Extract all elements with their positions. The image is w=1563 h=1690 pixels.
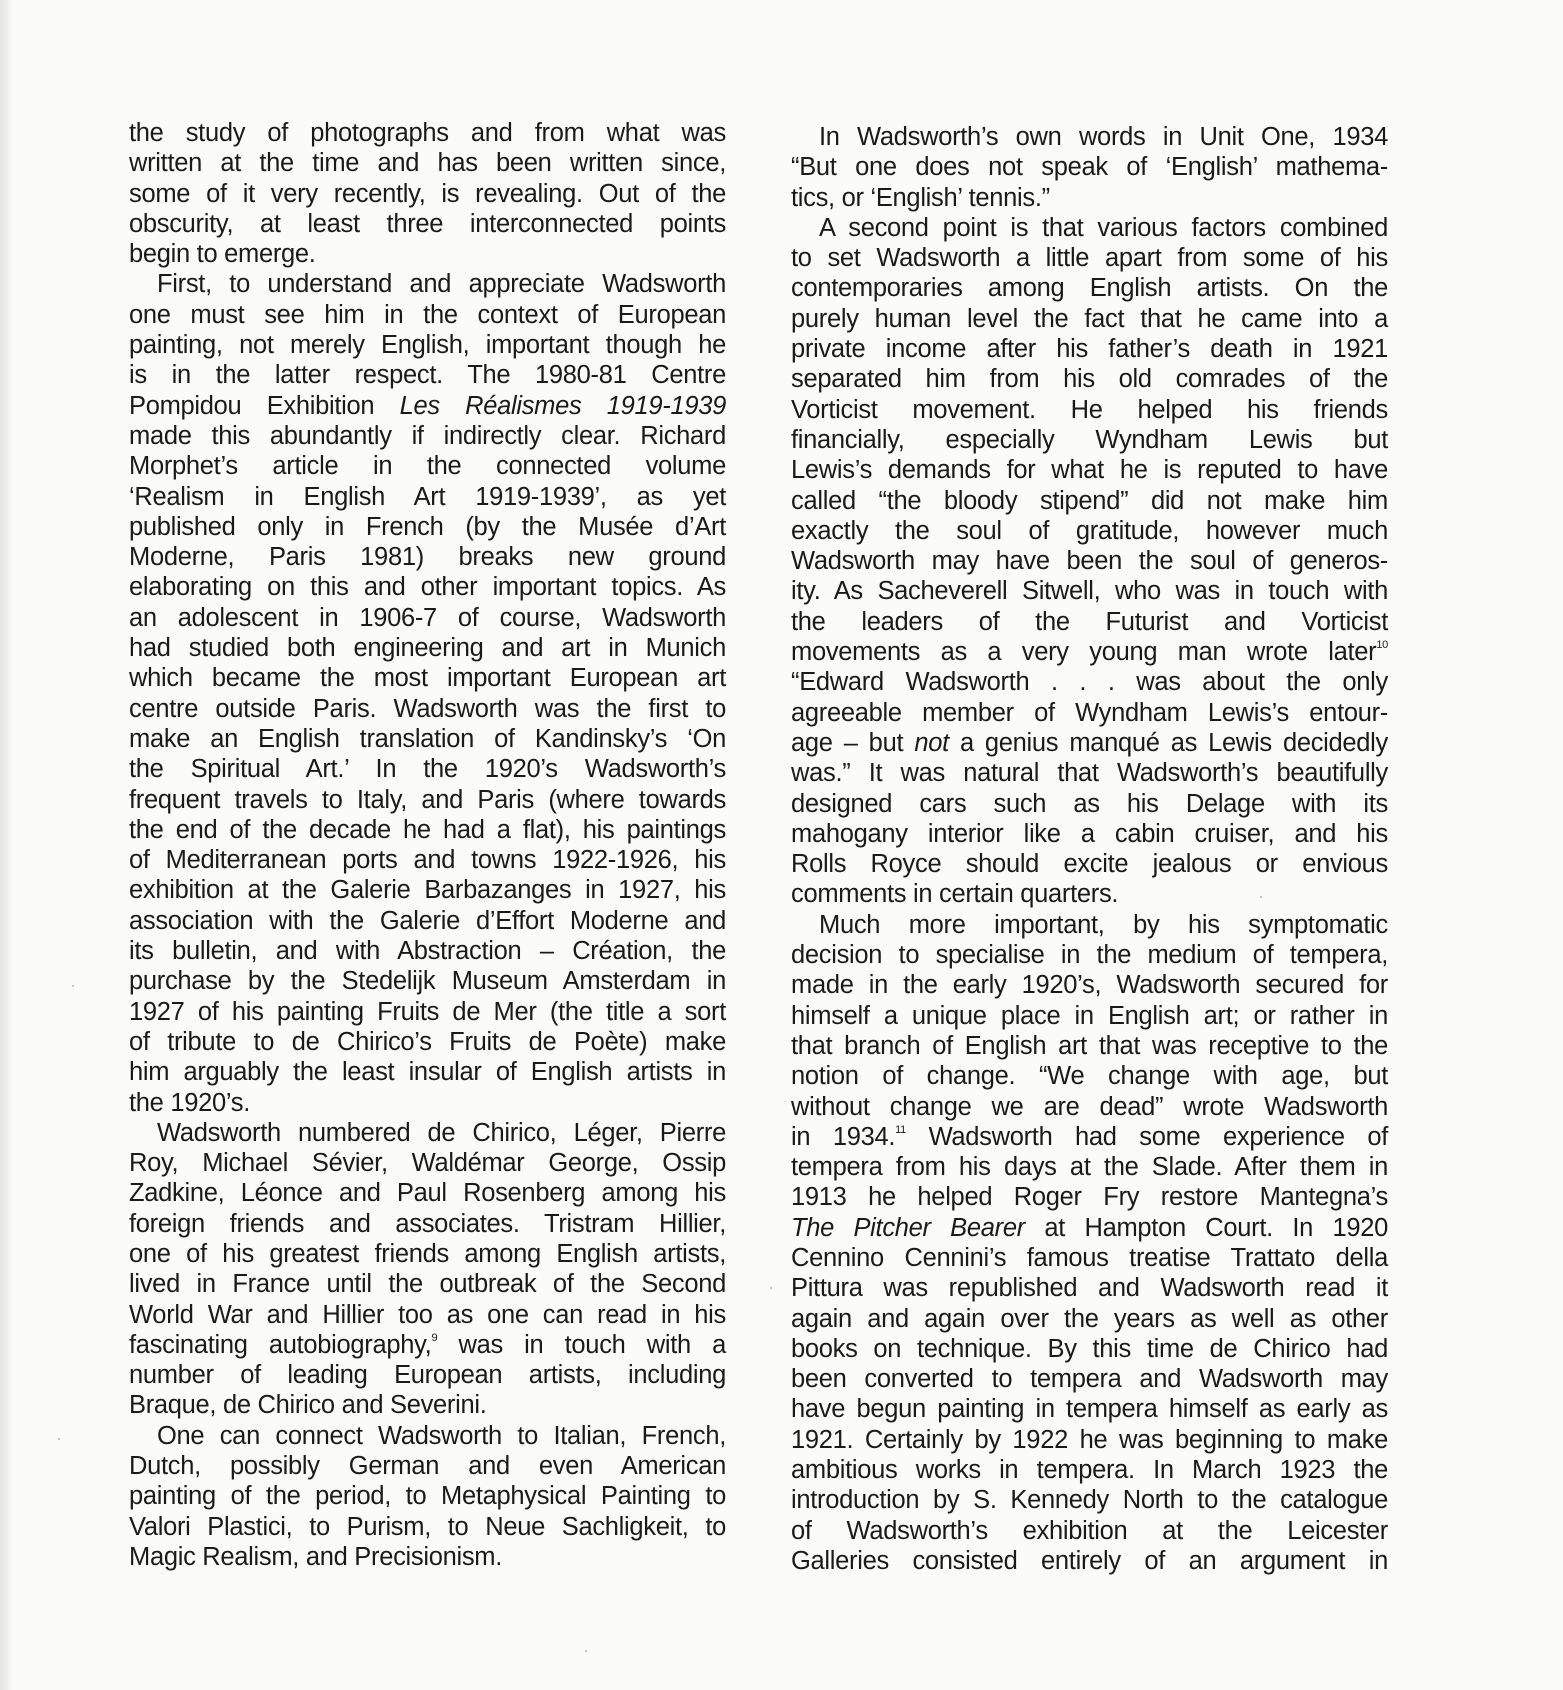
text-run: the Spiritual Art.’ In the 1920’s Wadswo… <box>129 755 726 783</box>
text-line: is in the latter respect. The 1980-81 Ce… <box>129 360 726 390</box>
text-line: Vorticist movement. He helped his friend… <box>791 395 1388 425</box>
text-line: association with the Galerie d’Effort Mo… <box>129 906 726 936</box>
footnote-ref: 10 <box>1376 639 1388 651</box>
text-run: the study of photographs and from what w… <box>129 119 726 147</box>
text-run: fascinating autobiography, <box>129 1331 431 1359</box>
text-line: lived in France until the outbreak of th… <box>129 1269 726 1299</box>
text-run: was in touch with a <box>437 1331 726 1359</box>
text-line: its bulletin, and with Abstraction – Cré… <box>129 936 726 966</box>
text-run: Roy, Michael Sévier, Waldémar George, Os… <box>129 1149 726 1177</box>
text-run: Dutch, possibly German and even American <box>129 1452 726 1480</box>
text-run: financially, especially Wyndham Lewis bu… <box>791 426 1388 454</box>
text-line: tics, or ‘English’ tennis.” <box>791 183 1388 213</box>
text-run: the end of the decade he had a flat), hi… <box>129 816 726 844</box>
text-run: books on technique. By this time de Chir… <box>791 1335 1388 1363</box>
paragraph: Much more important, by his symptomaticd… <box>791 910 1388 1577</box>
text-line: A second point is that various factors c… <box>791 213 1388 243</box>
text-run: decision to specialise in the medium of … <box>791 941 1388 969</box>
text-run: introduction by S. Kennedy North to the … <box>791 1486 1388 1514</box>
text-line: Wadsworth may have been the soul of gene… <box>791 546 1388 576</box>
text-line: The Pitcher Bearer at Hampton Court. In … <box>791 1213 1388 1243</box>
text-run: First, to understand and appreciate Wads… <box>157 270 726 298</box>
text-run: again and again over the years as well a… <box>791 1305 1388 1333</box>
italic-title: Les Réalismes 1919-1939 <box>400 392 726 420</box>
text-line: Moderne, Paris 1981) breaks new ground <box>129 542 726 572</box>
text-run: one must see him in the context of Europ… <box>129 301 726 329</box>
text-run: Zadkine, Léonce and Paul Rosenberg among… <box>129 1179 726 1207</box>
text-run: “Edward Wadsworth . . . was about the on… <box>791 668 1388 696</box>
text-line: been converted to tempera and Wadsworth … <box>791 1364 1388 1394</box>
text-line: purely human level the fact that he came… <box>791 304 1388 334</box>
scan-speck <box>58 1438 60 1440</box>
text-line: 1913 he helped Roger Fry restore Mantegn… <box>791 1182 1388 1212</box>
text-line: purchase by the Stedelijk Museum Amsterd… <box>129 966 726 996</box>
text-run: made this abundantly if indirectly clear… <box>129 422 726 450</box>
text-run: In Wadsworth’s own words in Unit One, 19… <box>819 123 1388 151</box>
text-line: separated him from his old comrades of t… <box>791 364 1388 394</box>
text-line: Lewis’s demands for what he is reputed t… <box>791 455 1388 485</box>
text-line: World War and Hillier too as one can rea… <box>129 1300 726 1330</box>
paragraph: the study of photographs and from what w… <box>129 118 726 269</box>
text-run: of Mediterranean ports and towns 1922-19… <box>129 846 726 874</box>
text-run: 1927 of his painting Fruits de Mer (the … <box>129 998 726 1026</box>
text-line: called “the bloody stipend” did not make… <box>791 486 1388 516</box>
text-line: private income after his father’s death … <box>791 334 1388 364</box>
text-run: lived in France until the outbreak of th… <box>129 1270 726 1298</box>
text-line: of tribute to de Chirico’s Fruits de Poè… <box>129 1027 726 1057</box>
text-run: tempera from his days at the Slade. Afte… <box>791 1153 1388 1181</box>
text-line: ity. As Sacheverell Sitwell, who was in … <box>791 576 1388 606</box>
text-line: Magic Realism, and Precisionism. <box>129 1542 726 1572</box>
text-line: introduction by S. Kennedy North to the … <box>791 1485 1388 1515</box>
text-line: exactly the soul of gratitude, however m… <box>791 516 1388 546</box>
text-run: its bulletin, and with Abstraction – Cré… <box>129 937 726 965</box>
text-line: frequent travels to Italy, and Paris (wh… <box>129 785 726 815</box>
text-run: Morphet’s article in the connected volum… <box>129 452 726 480</box>
text-run: that branch of English art that was rece… <box>791 1032 1388 1060</box>
scan-speck <box>585 1650 587 1652</box>
text-line: to set Wadsworth a little apart from som… <box>791 243 1388 273</box>
text-line: Dutch, possibly German and even American <box>129 1451 726 1481</box>
text-run: himself a unique place in English art; o… <box>791 1002 1388 1030</box>
text-run: World War and Hillier too as one can rea… <box>129 1301 726 1329</box>
text-line: Pompidou Exhibition Les Réalismes 1919-1… <box>129 391 726 421</box>
text-line: make an English translation of Kandinsky… <box>129 724 726 754</box>
text-run: Pompidou Exhibition <box>129 392 400 420</box>
text-line: written at the time and has been written… <box>129 148 726 178</box>
text-line: ambitious works in tempera. In March 192… <box>791 1455 1388 1485</box>
text-line: books on technique. By this time de Chir… <box>791 1334 1388 1364</box>
paragraph: First, to understand and appreciate Wads… <box>129 269 726 1117</box>
text-run: of tribute to de Chirico’s Fruits de Poè… <box>129 1028 726 1056</box>
text-run: movements as a very young man wrote late… <box>791 638 1376 666</box>
italic-title: The Pitcher Bearer <box>791 1214 1025 1242</box>
text-run: a genius manqué as Lewis decidedly <box>949 729 1388 757</box>
text-run: Wadsworth numbered de Chirico, Léger, Pi… <box>157 1119 726 1147</box>
scan-speck <box>1260 896 1262 898</box>
text-line: agreeable member of Wyndham Lewis’s ento… <box>791 698 1388 728</box>
text-run: centre outside Paris. Wadsworth was the … <box>129 695 726 723</box>
text-line: the end of the decade he had a flat), hi… <box>129 815 726 845</box>
text-run: number of leading European artists, incl… <box>129 1361 726 1389</box>
text-line: obscurity, at least three interconnected… <box>129 209 726 239</box>
text-run: called “the bloody stipend” did not make… <box>791 487 1388 515</box>
text-run: Much more important, by his symptomatic <box>819 911 1388 939</box>
italic-title: not <box>914 729 949 757</box>
text-run: without change we are dead” wrote Wadswo… <box>791 1093 1388 1121</box>
text-column-left: the study of photographs and from what w… <box>129 118 726 1572</box>
text-column-right: In Wadsworth’s own words in Unit One, 19… <box>791 122 1388 1576</box>
text-line: that branch of English art that was rece… <box>791 1031 1388 1061</box>
text-line: foreign friends and associates. Tristram… <box>129 1209 726 1239</box>
text-line: without change we are dead” wrote Wadswo… <box>791 1092 1388 1122</box>
text-line: made in the early 1920’s, Wadsworth secu… <box>791 970 1388 1000</box>
text-line: First, to understand and appreciate Wads… <box>129 269 726 299</box>
text-line: decision to specialise in the medium of … <box>791 940 1388 970</box>
text-line: notion of change. “We change with age, b… <box>791 1061 1388 1091</box>
text-run: designed cars such as his Delage with it… <box>791 790 1388 818</box>
text-line: the Spiritual Art.’ In the 1920’s Wadswo… <box>129 754 726 784</box>
scan-speck <box>770 1287 772 1289</box>
text-run: been converted to tempera and Wadsworth … <box>791 1365 1388 1393</box>
text-run: tics, or ‘English’ tennis.” <box>791 184 1050 212</box>
paragraph: In Wadsworth’s own words in Unit One, 19… <box>791 122 1388 213</box>
text-run: 1921. Certainly by 1922 he was beginning… <box>791 1426 1388 1454</box>
text-line: the 1920’s. <box>129 1088 726 1118</box>
text-line: Braque, de Chirico and Severini. <box>129 1390 726 1420</box>
text-run: which became the most important European… <box>129 664 726 692</box>
text-run: is in the latter respect. The 1980-81 Ce… <box>129 361 726 389</box>
text-run: Wadsworth had some experience of <box>906 1123 1388 1151</box>
text-run: one of his greatest friends among Englis… <box>129 1240 726 1268</box>
text-line: number of leading European artists, incl… <box>129 1360 726 1390</box>
text-run: in 1934. <box>791 1123 895 1151</box>
text-line: contemporaries among English artists. On… <box>791 273 1388 303</box>
text-line: Pittura was republished and Wadsworth re… <box>791 1273 1388 1303</box>
text-run: painting of the period, to Metaphysical … <box>129 1482 726 1510</box>
text-run: ‘Realism in English Art 1919-1939’, as y… <box>129 483 726 511</box>
text-line: himself a unique place in English art; o… <box>791 1001 1388 1031</box>
text-line: One can connect Wadsworth to Italian, Fr… <box>129 1421 726 1451</box>
text-line: painting, not merely English, important … <box>129 330 726 360</box>
text-run: Cennino Cennini’s famous treatise Tratta… <box>791 1244 1388 1272</box>
text-run: ity. As Sacheverell Sitwell, who was in … <box>791 577 1388 605</box>
text-run: Lewis’s demands for what he is reputed t… <box>791 456 1388 484</box>
text-run: had studied both engineering and art in … <box>129 634 726 662</box>
text-line: in 1934.11 Wadsworth had some experience… <box>791 1122 1388 1152</box>
text-line: movements as a very young man wrote late… <box>791 637 1388 667</box>
text-run: exactly the soul of gratitude, however m… <box>791 517 1388 545</box>
text-run: Wadsworth may have been the soul of gene… <box>791 547 1388 575</box>
text-run: frequent travels to Italy, and Paris (wh… <box>129 786 726 814</box>
text-run: begin to emerge. <box>129 240 316 268</box>
text-run: separated him from his old comrades of t… <box>791 365 1388 393</box>
text-run: have begun painting in tempera himself a… <box>791 1395 1388 1423</box>
text-run: an adolescent in 1906-7 of course, Wadsw… <box>129 604 726 632</box>
text-line: again and again over the years as well a… <box>791 1304 1388 1334</box>
text-run: obscurity, at least three interconnected… <box>129 210 726 238</box>
text-line: Roy, Michael Sévier, Waldémar George, Os… <box>129 1148 726 1178</box>
text-line: tempera from his days at the Slade. Afte… <box>791 1152 1388 1182</box>
text-run: to set Wadsworth a little apart from som… <box>791 244 1388 272</box>
text-run: Magic Realism, and Precisionism. <box>129 1543 502 1571</box>
text-line: of Mediterranean ports and towns 1922-19… <box>129 845 726 875</box>
text-line: published only in French (by the Musée d… <box>129 512 726 542</box>
text-line: was.” It was natural that Wadsworth’s be… <box>791 758 1388 788</box>
text-run: private income after his father’s death … <box>791 335 1388 363</box>
text-line: him arguably the least insular of Englis… <box>129 1057 726 1087</box>
text-run: Pittura was republished and Wadsworth re… <box>791 1274 1388 1302</box>
text-run: Rolls Royce should excite jealous or env… <box>791 850 1388 878</box>
text-run: Braque, de Chirico and Severini. <box>129 1391 487 1419</box>
text-line: centre outside Paris. Wadsworth was the … <box>129 694 726 724</box>
text-run: notion of change. “We change with age, b… <box>791 1062 1388 1090</box>
page-spine-shadow <box>0 0 14 1690</box>
text-line: painting of the period, to Metaphysical … <box>129 1481 726 1511</box>
text-run: exhibition at the Galerie Barbazanges in… <box>129 876 726 904</box>
text-line: begin to emerge. <box>129 239 726 269</box>
text-run: made in the early 1920’s, Wadsworth secu… <box>791 971 1388 999</box>
text-line: 1921. Certainly by 1922 he was beginning… <box>791 1425 1388 1455</box>
text-line: “But one does not speak of ‘English’ mat… <box>791 152 1388 182</box>
text-run: the 1920’s. <box>129 1089 250 1117</box>
text-line: Galleries consisted entirely of an argum… <box>791 1546 1388 1576</box>
text-run: Vorticist movement. He helped his friend… <box>791 396 1388 424</box>
text-run: was.” It was natural that Wadsworth’s be… <box>791 759 1388 787</box>
paragraph: A second point is that various factors c… <box>791 213 1388 910</box>
text-line: Valori Plastici, to Purism, to Neue Sach… <box>129 1512 726 1542</box>
text-run: make an English translation of Kandinsky… <box>129 725 726 753</box>
text-run: foreign friends and associates. Tristram… <box>129 1210 726 1238</box>
text-line: some of it very recently, is revealing. … <box>129 179 726 209</box>
text-line: In Wadsworth’s own words in Unit One, 19… <box>791 122 1388 152</box>
text-line: the study of photographs and from what w… <box>129 118 726 148</box>
text-line: comments in certain quarters. <box>791 879 1388 909</box>
text-run: of Wadsworth’s exhibition at the Leicest… <box>791 1517 1388 1545</box>
text-run: Moderne, Paris 1981) breaks new ground <box>129 543 726 571</box>
text-line: exhibition at the Galerie Barbazanges in… <box>129 875 726 905</box>
text-line: designed cars such as his Delage with it… <box>791 789 1388 819</box>
text-run: purely human level the fact that he came… <box>791 305 1388 333</box>
text-line: had studied both engineering and art in … <box>129 633 726 663</box>
text-line: elaborating on this and other important … <box>129 572 726 602</box>
text-line: have begun painting in tempera himself a… <box>791 1394 1388 1424</box>
text-line: Much more important, by his symptomatic <box>791 910 1388 940</box>
text-line: Wadsworth numbered de Chirico, Léger, Pi… <box>129 1118 726 1148</box>
text-run: contemporaries among English artists. On… <box>791 274 1388 302</box>
text-line: “Edward Wadsworth . . . was about the on… <box>791 667 1388 697</box>
text-run: Galleries consisted entirely of an argum… <box>791 1547 1388 1575</box>
text-line: the leaders of the Futurist and Vorticis… <box>791 607 1388 637</box>
text-line: Zadkine, Léonce and Paul Rosenberg among… <box>129 1178 726 1208</box>
text-run: A second point is that various factors c… <box>819 214 1388 242</box>
text-run: the leaders of the Futurist and Vorticis… <box>791 608 1388 636</box>
text-run: Valori Plastici, to Purism, to Neue Sach… <box>129 1513 726 1541</box>
footnote-ref: 11 <box>895 1124 906 1136</box>
text-run: association with the Galerie d’Effort Mo… <box>129 907 726 935</box>
text-run: him arguably the least insular of Englis… <box>129 1058 726 1086</box>
paragraph: Wadsworth numbered de Chirico, Léger, Pi… <box>129 1118 726 1421</box>
text-line: made this abundantly if indirectly clear… <box>129 421 726 451</box>
text-line: Morphet’s article in the connected volum… <box>129 451 726 481</box>
text-run: at Hampton Court. In 1920 <box>1025 1214 1388 1242</box>
text-run: painting, not merely English, important … <box>129 331 726 359</box>
text-run: comments in certain quarters. <box>791 880 1118 908</box>
text-line: Rolls Royce should excite jealous or env… <box>791 849 1388 879</box>
text-line: of Wadsworth’s exhibition at the Leicest… <box>791 1516 1388 1546</box>
text-line: age – but not a genius manqué as Lewis d… <box>791 728 1388 758</box>
text-run: written at the time and has been written… <box>129 149 726 177</box>
text-run: elaborating on this and other important … <box>129 573 726 601</box>
text-run: published only in French (by the Musée d… <box>129 513 726 541</box>
paragraph: One can connect Wadsworth to Italian, Fr… <box>129 1421 726 1572</box>
text-run: mahogany interior like a cabin cruiser, … <box>791 820 1388 848</box>
text-line: fascinating autobiography,9 was in touch… <box>129 1330 726 1360</box>
text-run: 1913 he helped Roger Fry restore Mantegn… <box>791 1183 1388 1211</box>
text-line: which became the most important European… <box>129 663 726 693</box>
text-line: one must see him in the context of Europ… <box>129 300 726 330</box>
text-run: agreeable member of Wyndham Lewis’s ento… <box>791 699 1388 727</box>
text-line: Cennino Cennini’s famous treatise Tratta… <box>791 1243 1388 1273</box>
text-run: purchase by the Stedelijk Museum Amsterd… <box>129 967 726 995</box>
scan-speck <box>72 985 74 987</box>
text-line: ‘Realism in English Art 1919-1939’, as y… <box>129 482 726 512</box>
text-line: an adolescent in 1906-7 of course, Wadsw… <box>129 603 726 633</box>
text-run: ambitious works in tempera. In March 192… <box>791 1456 1388 1484</box>
text-run: some of it very recently, is revealing. … <box>129 180 726 208</box>
text-run: age – but <box>791 729 914 757</box>
text-line: 1927 of his painting Fruits de Mer (the … <box>129 997 726 1027</box>
text-run: One can connect Wadsworth to Italian, Fr… <box>157 1422 726 1450</box>
text-line: mahogany interior like a cabin cruiser, … <box>791 819 1388 849</box>
text-line: one of his greatest friends among Englis… <box>129 1239 726 1269</box>
text-line: financially, especially Wyndham Lewis bu… <box>791 425 1388 455</box>
text-run: “But one does not speak of ‘English’ mat… <box>791 153 1388 181</box>
